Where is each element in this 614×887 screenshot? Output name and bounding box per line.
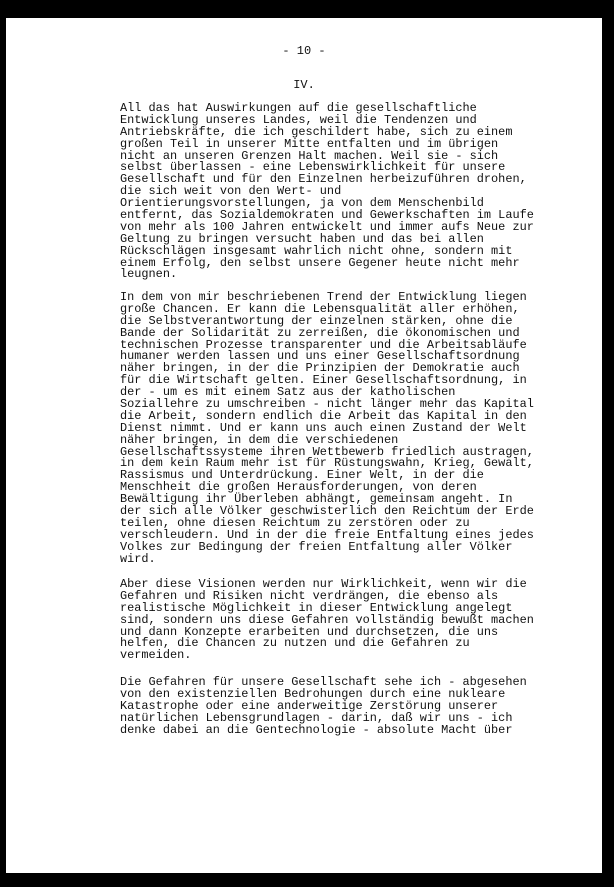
- paragraph-2: In dem von mir beschriebenen Trend der E…: [120, 292, 590, 565]
- paragraph-1: All das hat Auswirkungen auf die gesells…: [120, 103, 590, 281]
- paragraph-4: Die Gefahren für unsere Gesellschaft seh…: [120, 677, 590, 736]
- text-line: wird.: [120, 554, 590, 566]
- text-line: Volkes zur Bedingung der freien Entfaltu…: [120, 542, 590, 554]
- document-page: - 10 - IV. All das hat Auswirkungen auf …: [6, 18, 602, 873]
- paragraph-3: Aber diese Visionen werden nur Wirklichk…: [120, 579, 590, 662]
- text-line: vermeiden.: [120, 650, 590, 662]
- text-line: einem Erfolg, den selbst unsere Gegener …: [120, 258, 590, 270]
- section-heading: IV.: [6, 78, 602, 92]
- page-number: - 10 -: [6, 44, 602, 58]
- text-line: denke dabei an die Gentechnologie - abso…: [120, 725, 590, 737]
- text-line: leugnen.: [120, 269, 590, 281]
